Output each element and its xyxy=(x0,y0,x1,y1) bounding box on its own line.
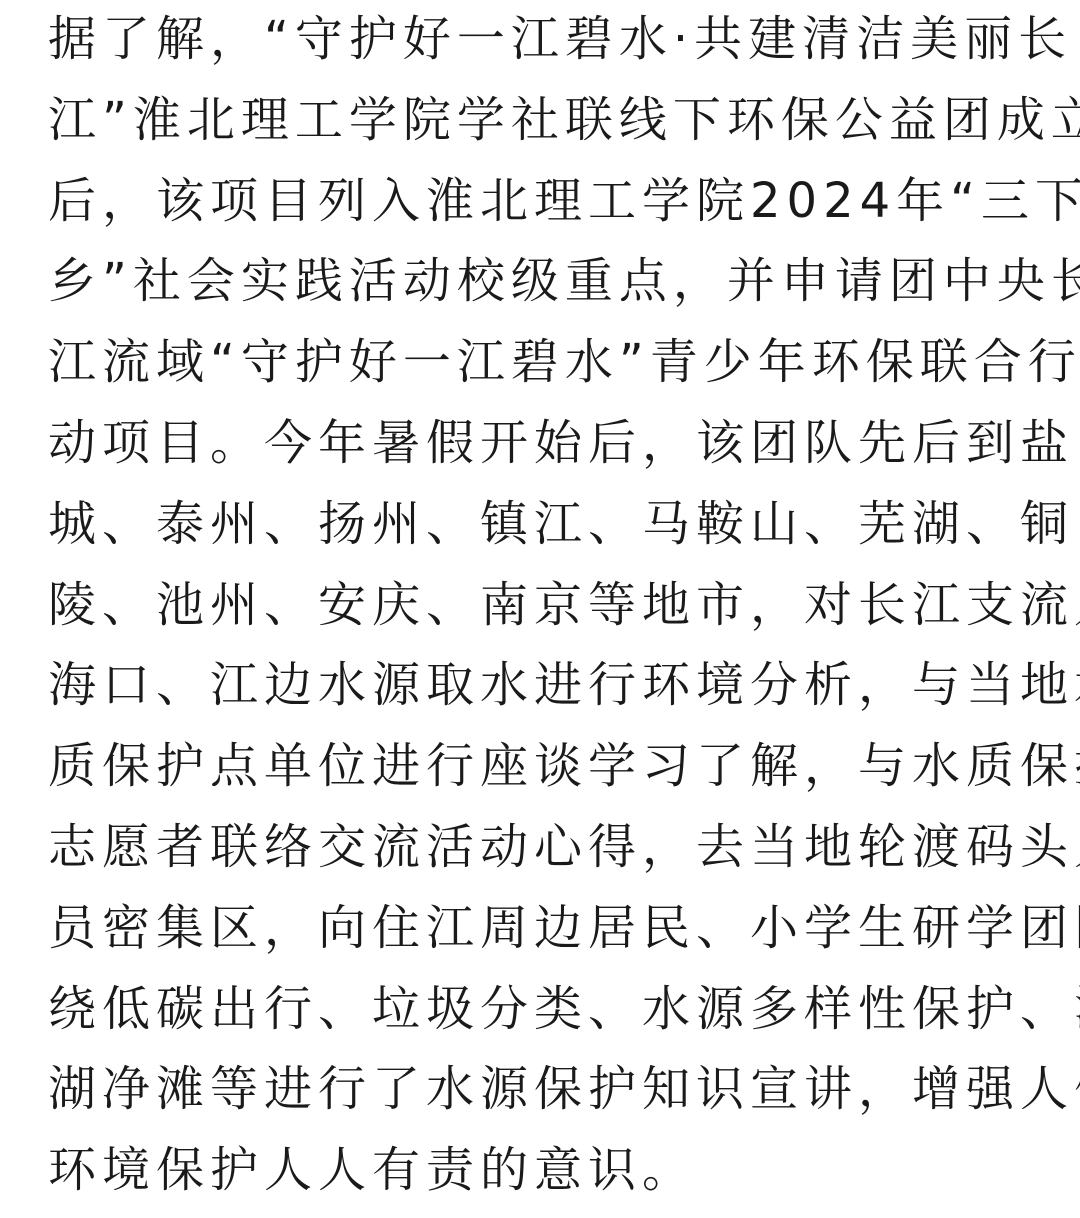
article-body: 据了解，“守护好一江碧水·共建清洁美丽长 江”淮北理工学院学社联线下环保公益团成… xyxy=(48,0,1038,1212)
paragraph-line: 据了解，“守护好一江碧水·共建清洁美丽长 xyxy=(48,0,1038,81)
paragraph-line: 动项目。今年暑假开始后，该团队先后到盐 xyxy=(48,404,1038,485)
paragraph-line: 后，该项目列入淮北理工学院2024年“三下 xyxy=(48,162,1038,243)
paragraph-line: 海口、江边水源取水进行环境分析，与当地水 xyxy=(48,646,1038,727)
paragraph-line: 陵、池州、安庆、南京等地市，对长江支流入 xyxy=(48,566,1038,647)
paragraph-line: 质保护点单位进行座谈学习了解，与水质保护 xyxy=(48,727,1038,808)
paragraph-line: 湖净滩等进行了水源保护知识宣讲，增强人们 xyxy=(48,1050,1038,1131)
paragraph-line: 城、泰州、扬州、镇江、马鞍山、芜湖、铜 xyxy=(48,485,1038,566)
paragraph-line: 江流域“守护好一江碧水”青少年环保联合行 xyxy=(48,323,1038,404)
paragraph-line: 员密集区，向住江周边居民、小学生研学团围 xyxy=(48,889,1038,970)
paragraph-line: 乡”社会实践活动校级重点，并申请团中央长 xyxy=(48,242,1038,323)
paragraph-line: 江”淮北理工学院学社联线下环保公益团成立 xyxy=(48,81,1038,162)
paragraph-line: 绕低碳出行、垃圾分类、水源多样性保护、河 xyxy=(48,970,1038,1051)
paragraph-line: 志愿者联络交流活动心得，去当地轮渡码头人 xyxy=(48,808,1038,889)
paragraph-line: 环境保护人人有责的意识。 xyxy=(48,1131,1038,1212)
